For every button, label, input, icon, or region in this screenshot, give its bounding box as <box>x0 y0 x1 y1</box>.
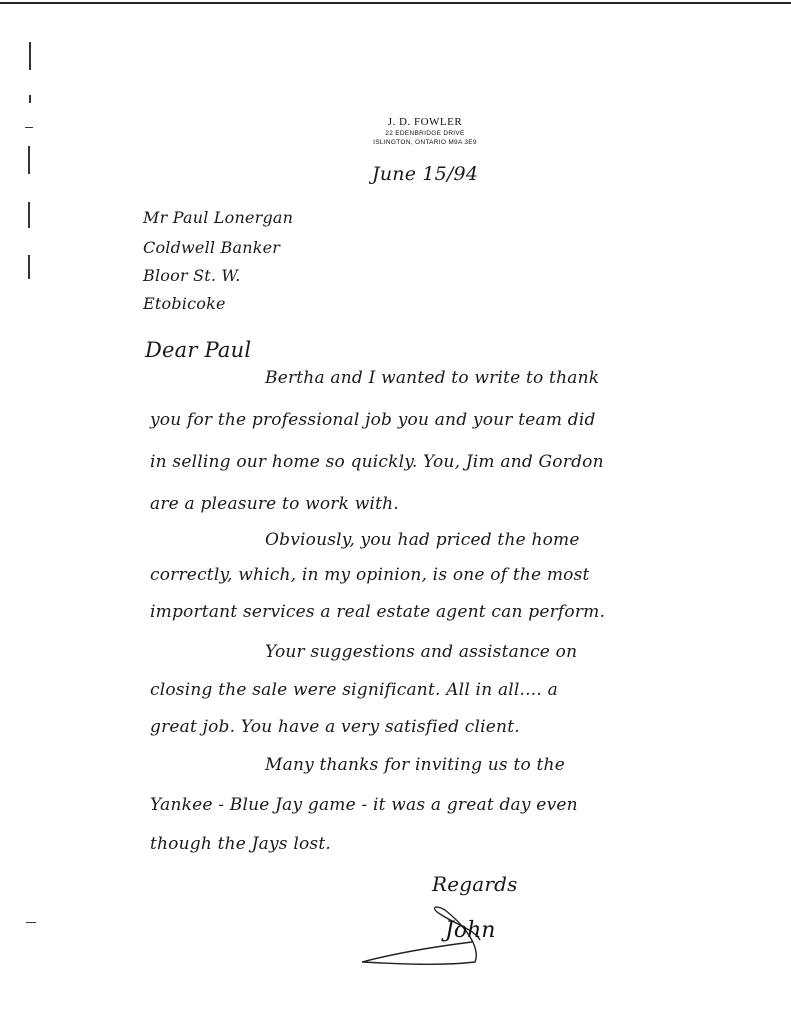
body-line: important services a real estate agent c… <box>150 602 605 622</box>
body-line: Your suggestions and assistance on <box>265 642 577 662</box>
body-line: Many thanks for inviting us to the <box>265 755 565 775</box>
body-line: closing the sale were significant. All i… <box>150 680 558 700</box>
letterhead-city: ISLINGTON, ONTARIO M9A 3E9 <box>340 139 510 146</box>
scan-margin-mark <box>26 922 36 923</box>
letterhead-street: 22 EDENBRIDGE DRIVE <box>340 130 510 137</box>
body-line: in selling our home so quickly. You, Jim… <box>150 452 604 472</box>
letter-date: June 15/94 <box>372 163 478 185</box>
recipient-company: Coldwell Banker <box>143 238 280 257</box>
scan-margin-mark <box>29 95 31 103</box>
body-line: are a pleasure to work with. <box>150 494 399 514</box>
closing: Regards <box>432 872 518 896</box>
recipient-name: Mr Paul Lonergan <box>143 208 293 227</box>
scan-margin-mark <box>25 127 33 128</box>
signature: John <box>445 918 495 943</box>
body-line: correctly, which, in my opinion, is one … <box>150 565 590 585</box>
salutation: Dear Paul <box>145 338 251 362</box>
body-line: Obviously, you had priced the home <box>265 530 580 550</box>
letterhead-name: J. D. FOWLER <box>340 116 510 128</box>
scan-top-border <box>0 2 791 4</box>
body-line: though the Jays lost. <box>150 834 331 854</box>
body-line: Yankee - Blue Jay game - it was a great … <box>150 795 578 815</box>
body-line: you for the professional job you and you… <box>150 410 596 430</box>
scan-margin-mark <box>28 146 30 174</box>
scan-margin-mark <box>28 202 30 228</box>
letterhead: J. D. FOWLER 22 EDENBRIDGE DRIVE ISLINGT… <box>340 116 510 146</box>
scan-margin-mark <box>29 42 31 70</box>
scan-margin-mark <box>28 255 30 279</box>
recipient-city: Etobicoke <box>143 294 226 313</box>
recipient-street: Bloor St. W. <box>143 266 241 285</box>
body-line: great job. You have a very satisfied cli… <box>150 717 520 737</box>
body-line: Bertha and I wanted to write to thank <box>265 368 599 388</box>
